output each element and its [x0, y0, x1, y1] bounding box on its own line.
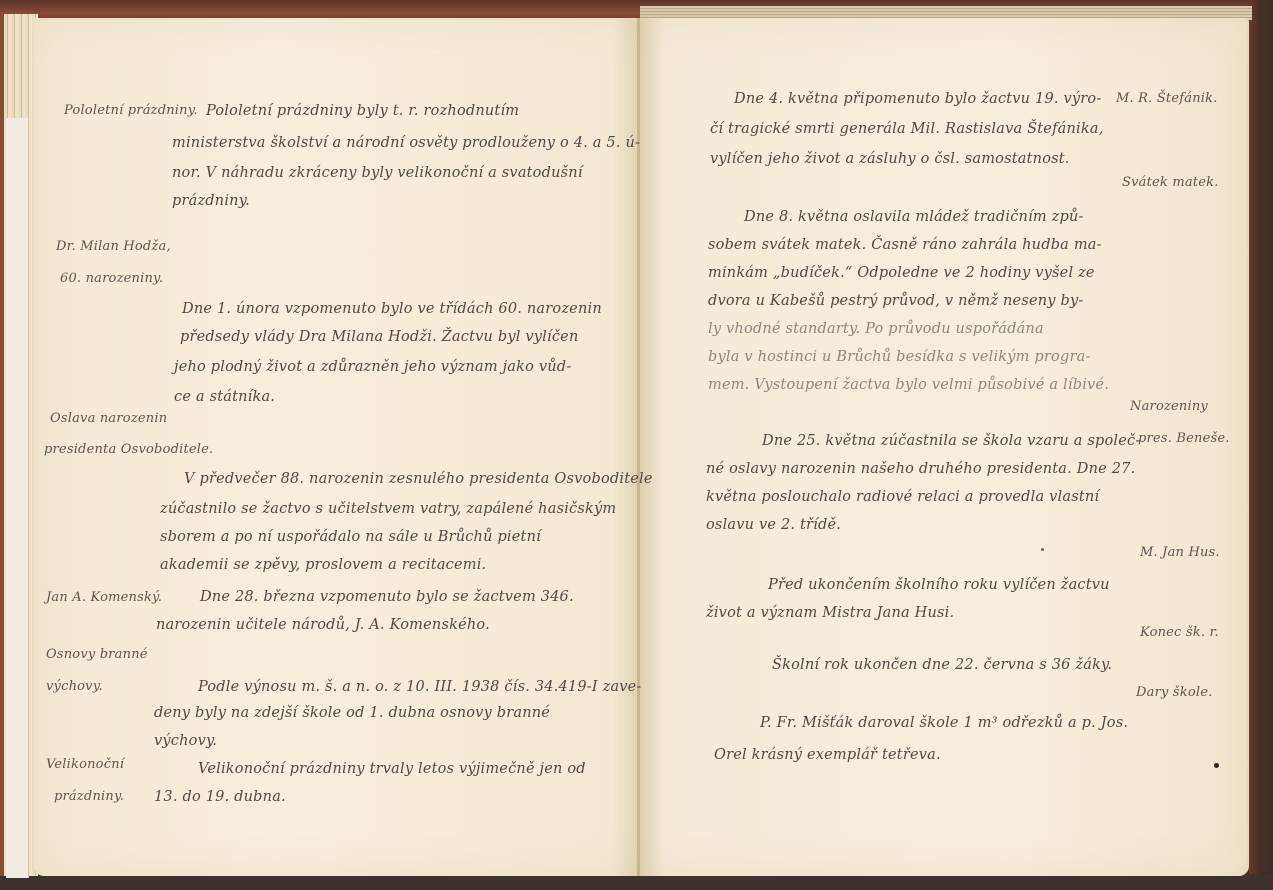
- text-line: oslavu ve 2. třídě.: [706, 518, 841, 533]
- margin-note: Jan A. Komenský.: [46, 591, 162, 604]
- text-line: prázdniny.: [172, 194, 250, 209]
- text-line: předsedy vlády Dra Milana Hodži. Žactvu …: [180, 330, 579, 345]
- margin-note: Velikonoční: [46, 758, 124, 771]
- index-tab-strip: [6, 118, 29, 878]
- text-line: dvora u Kabešů pestrý průvod, v němž nes…: [708, 294, 1083, 309]
- text-line: 13. do 19. dubna.: [154, 790, 286, 805]
- text-line: jeho plodný život a zdůrazněn jeho význa…: [174, 360, 571, 375]
- margin-note: Osnovy branné: [46, 648, 148, 661]
- text-line: ly vhodné standarty. Po průvodu uspořádá…: [708, 322, 1044, 337]
- text-line: Dne 4. května připomenuto bylo žactvu 19…: [734, 92, 1101, 107]
- text-line: května poslouchalo radiové relaci a prov…: [706, 490, 1099, 505]
- margin-note: Svátek matek.: [1122, 176, 1219, 189]
- text-line: život a význam Mistra Jana Husi.: [706, 606, 954, 621]
- margin-note: pres. Beneše.: [1138, 432, 1230, 445]
- text-line: narozenin učitele národů, J. A. Komenské…: [156, 618, 490, 633]
- text-line: sobem svátek matek. Časně ráno zahrála h…: [708, 238, 1102, 253]
- ink-spot: [1041, 548, 1044, 551]
- text-line: deny byly na zdejší škole od 1. dubna os…: [154, 706, 550, 721]
- text-line: Pololetní prázdniny byly t. r. rozhodnut…: [206, 104, 519, 119]
- margin-note: 60. narozeniny.: [60, 272, 163, 285]
- text-line: sborem a po ní uspořádalo na sále u Brůc…: [160, 530, 541, 545]
- text-line: vylíčen jeho život a zásluhy o čsl. samo…: [710, 152, 1070, 167]
- text-line: nor. V náhradu zkráceny byly velikonoční…: [172, 166, 583, 181]
- text-line: ce a státníka.: [174, 390, 275, 405]
- margin-note: prázdniny.: [54, 790, 124, 803]
- text-line: V předvečer 88. narozenin zesnulého pres…: [184, 472, 653, 487]
- text-line: Podle výnosu m. š. a n. o. z 10. III. 19…: [198, 680, 642, 695]
- margin-note: presidenta Osvoboditele.: [44, 443, 213, 456]
- text-line: né oslavy narozenin našeho druhého presi…: [706, 462, 1135, 477]
- text-line: zúčastnilo se žactvo s učitelstvem vatry…: [160, 502, 616, 517]
- margin-note: Dary škole.: [1136, 686, 1212, 699]
- text-line: Velikonoční prázdniny trvaly letos výjim…: [198, 762, 586, 777]
- text-line: byla v hostinci u Brůchů besídka s velik…: [708, 350, 1091, 365]
- text-line: akademii se zpěvy, proslovem a recitacem…: [160, 558, 486, 573]
- margin-note: Dr. Milan Hodža,: [56, 240, 171, 253]
- book-cover-bottom: [0, 874, 1273, 890]
- text-line: mem. Vystoupení žactva bylo velmi působi…: [708, 378, 1109, 393]
- ink-spot: [1214, 763, 1219, 768]
- margin-note: M. Jan Hus.: [1140, 546, 1220, 559]
- text-line: Dne 25. května zúčastnila se škola vzaru…: [762, 434, 1140, 449]
- margin-note: M. R. Štefánik.: [1116, 92, 1218, 105]
- text-line: Školní rok ukončen dne 22. června s 36 ž…: [772, 658, 1112, 673]
- text-line: Dne 1. února vzpomenuto bylo ve třídách …: [182, 302, 602, 317]
- text-line: minkám „budíček.“ Odpoledne ve 2 hodiny …: [708, 266, 1095, 281]
- text-line: Orel krásný exemplář tetřeva.: [714, 748, 941, 763]
- text-line: výchovy.: [154, 734, 217, 749]
- text-line: Před ukončením školního roku vylíčen žac…: [768, 578, 1110, 593]
- text-line: čí tragické smrti generála Mil. Rastisla…: [710, 122, 1104, 137]
- margin-note: Konec šk. r.: [1140, 626, 1219, 639]
- text-line: P. Fr. Mišťák daroval škole 1 m³ odřezků…: [760, 716, 1128, 731]
- margin-note: výchovy.: [46, 680, 103, 693]
- text-line: Dne 28. března vzpomenuto bylo se žactve…: [200, 590, 574, 605]
- text-line: Dne 8. května oslavila mládež tradičním …: [744, 210, 1084, 225]
- margin-note: Narozeniny: [1130, 400, 1208, 413]
- margin-note: Pololetní prázdniny.: [64, 104, 198, 117]
- book-cover-right: [1249, 0, 1273, 890]
- margin-note: Oslava narozenin: [50, 412, 167, 425]
- text-line: ministerstva školství a národní osvěty p…: [172, 136, 640, 151]
